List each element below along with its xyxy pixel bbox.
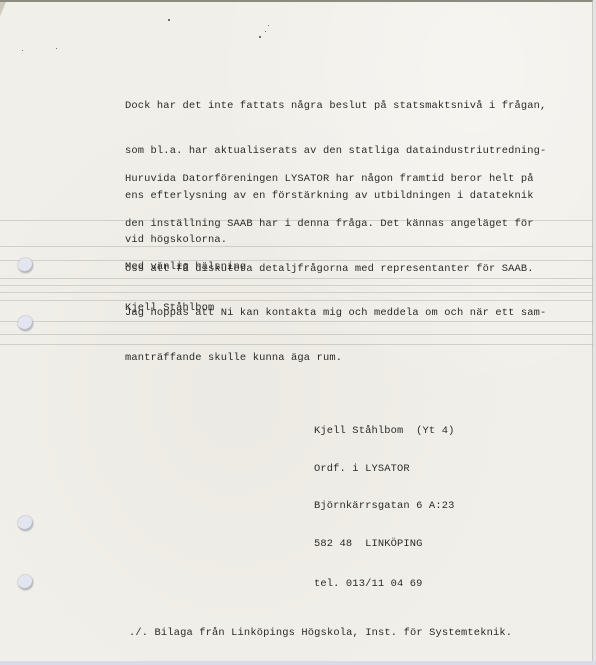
closing-salutation: Med vänlig hälsning: [125, 261, 246, 273]
folded-corner: [0, 2, 6, 16]
sender-street: Björnkärrsgatan 6 A:23: [314, 500, 454, 514]
punch-hole: [18, 316, 33, 331]
sender-postal: 582 48 LINKÖPING: [314, 538, 454, 552]
ink-speck: [22, 50, 23, 51]
ink-speck: [56, 48, 57, 49]
text-line: Dock har det inte fattats några beslut p…: [125, 96, 546, 117]
sender-name: Kjell Ståhlbom (Yt 4): [314, 425, 454, 439]
sender-title: Ordf. i LYSATOR: [314, 463, 454, 477]
scan-edge: [0, 661, 596, 665]
letter-page: Dock har det inte fattats några beslut p…: [0, 0, 593, 661]
ink-speck: [268, 25, 269, 26]
enclosure-note: ./. Bilaga från Linköpings Högskola, Ins…: [129, 627, 512, 639]
sender-address: Kjell Ståhlbom (Yt 4) Ordf. i LYSATOR Bj…: [314, 401, 454, 616]
punch-hole: [18, 516, 33, 531]
sender-phone: tel. 013/11 04 69: [314, 578, 454, 592]
ink-speck: [168, 19, 170, 21]
text-line: Huruvida Datorföreningen LYSATOR har någ…: [125, 169, 546, 190]
text-line: den inställning SAAB har i denna fråga. …: [125, 214, 546, 235]
punch-hole: [18, 258, 33, 273]
ink-speck: [259, 36, 261, 38]
punch-hole: [18, 575, 33, 590]
ink-speck: [265, 31, 266, 32]
signature-name: Kjell Ståhlbom: [125, 302, 214, 314]
text-line: manträffande skulle kunna äga rum.: [125, 348, 546, 369]
